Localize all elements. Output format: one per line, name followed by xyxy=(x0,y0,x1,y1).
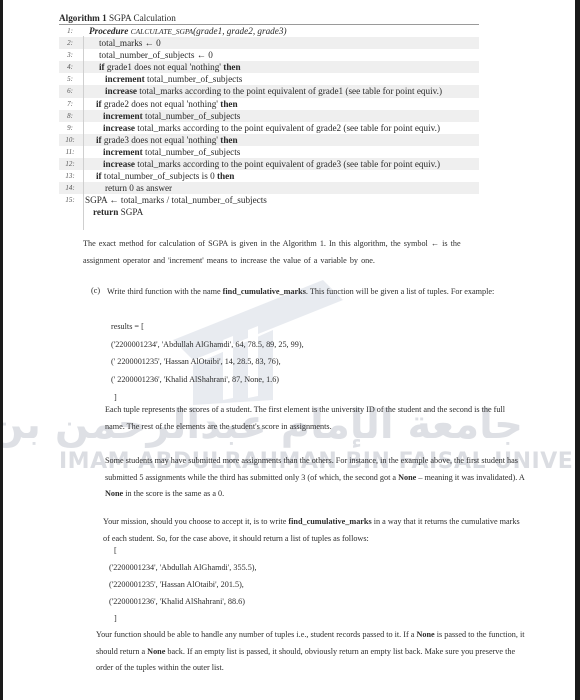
line-code: SGPA ← total_marks / total_number_of_sub… xyxy=(85,194,267,206)
algorithm-line: 7:if grade2 does not equal 'nothing' the… xyxy=(59,98,479,110)
line-code: total_number_of_subjects ← 0 xyxy=(99,49,213,61)
line-number: 1: xyxy=(59,25,81,37)
line-code: increment total_number_of_subjects xyxy=(103,146,240,158)
line-number: 6: xyxy=(59,85,81,97)
line-number: 11: xyxy=(59,146,81,158)
algorithm-line: 15:SGPA ← total_marks / total_number_of_… xyxy=(59,194,479,206)
mission-paragraph: Your mission, should you choose to accep… xyxy=(103,514,528,547)
algorithm-line: 14:return 0 as answer xyxy=(59,182,479,194)
line-code: total_marks ← 0 xyxy=(99,37,161,49)
algorithm-line: 9:increase total_marks according to the … xyxy=(59,122,479,134)
line-number: 15: xyxy=(59,194,81,206)
line-code: increase total_marks according to the po… xyxy=(103,158,440,170)
algorithm-line: 2:total_marks ← 0 xyxy=(59,37,479,49)
line-number-gutter xyxy=(83,36,84,230)
algorithm-line: return SGPA xyxy=(59,206,479,218)
example-code-line: ] xyxy=(114,393,117,402)
algorithm-line: 1:Procedure CALCULATE_SGPA(grade1, grade… xyxy=(59,25,479,37)
assignments-note: Some students may have submitted more as… xyxy=(105,453,525,503)
algorithm-caption: Algorithm 1 SGPA Calculation xyxy=(59,12,479,24)
line-number: 4: xyxy=(59,61,81,73)
example-code-line: (' 2200001236', 'Khalid AlShahrani', 87,… xyxy=(111,375,279,384)
algorithm-line: 4:if grade1 does not equal 'nothing' the… xyxy=(59,61,479,73)
line-number: 8: xyxy=(59,110,81,122)
line-code: return SGPA xyxy=(93,206,143,218)
example-code-line: ('2200001234', 'Abdullah AlGhamdi', 64, … xyxy=(111,340,304,349)
result-code-line: ('2200001235', 'Hassan AlOtaibi', 201.5)… xyxy=(109,580,244,589)
line-code: increase total_marks according to the po… xyxy=(103,122,440,134)
function-name: find_cumulative_marks xyxy=(223,287,306,296)
result-code-line: ] xyxy=(114,614,117,623)
algorithm-line: 10:if grade3 does not equal 'nothing' th… xyxy=(59,134,479,146)
intro-paragraph: The exact method for calculation of SGPA… xyxy=(83,236,525,269)
result-code-line: ('2200001234', 'Abdullah AlGhamdi', 355.… xyxy=(109,563,257,572)
tuple-description: Each tuple represents the scores of a st… xyxy=(105,402,525,435)
algorithm-line: 12:increase total_marks according to the… xyxy=(59,158,479,170)
result-code-line: ('2200001236', 'Khalid AlShahrani', 88.6… xyxy=(109,597,245,606)
line-number: 10: xyxy=(59,134,81,146)
result-code-line: [ xyxy=(114,546,117,555)
line-code: increment total_number_of_subjects xyxy=(103,110,240,122)
algorithm-box: Algorithm 1 SGPA Calculation 1:Procedure… xyxy=(59,12,479,219)
document-page: جامعة الإمام عبدالرحمن بن فيصل IMAM ABDU… xyxy=(3,0,575,700)
line-number: 7: xyxy=(59,98,81,110)
algorithm-line: 5:increment total_number_of_subjects xyxy=(59,73,479,85)
line-code: return 0 as answer xyxy=(105,182,172,194)
algorithm-line: 6:increase total_marks according to the … xyxy=(59,85,479,97)
line-number: 2: xyxy=(59,37,81,49)
line-code: increment total_number_of_subjects xyxy=(105,73,242,85)
algorithm-lines: 1:Procedure CALCULATE_SGPA(grade1, grade… xyxy=(59,25,479,219)
line-code: if grade2 does not equal 'nothing' then xyxy=(96,98,238,110)
question-prompt: Write third function with the name find_… xyxy=(107,286,527,298)
line-number: 13: xyxy=(59,170,81,182)
final-requirements: Your function should be able to handle a… xyxy=(96,627,528,677)
line-code: if grade1 does not equal 'nothing' then xyxy=(99,61,241,73)
algorithm-line: 3:total_number_of_subjects ← 0 xyxy=(59,49,479,61)
algorithm-line: 13:if total_number_of_subjects is 0 then xyxy=(59,170,479,182)
line-number: 14: xyxy=(59,182,81,194)
example-code-line: (' 2200001235', 'Hassan AlOtaibi', 14, 2… xyxy=(111,357,281,366)
line-code: if grade3 does not equal 'nothing' then xyxy=(96,134,238,146)
algorithm-line: 8:increment total_number_of_subjects xyxy=(59,110,479,122)
line-code: increase total_marks according to the po… xyxy=(105,85,442,97)
question-label: (c) xyxy=(91,286,100,295)
line-number: 5: xyxy=(59,73,81,85)
line-number: 3: xyxy=(59,49,81,61)
line-code: if total_number_of_subjects is 0 then xyxy=(96,170,234,182)
example-code-line: results = [ xyxy=(111,322,144,331)
line-number: 9: xyxy=(59,122,81,134)
line-number: 12: xyxy=(59,158,81,170)
algorithm-line: 11:increment total_number_of_subjects xyxy=(59,146,479,158)
